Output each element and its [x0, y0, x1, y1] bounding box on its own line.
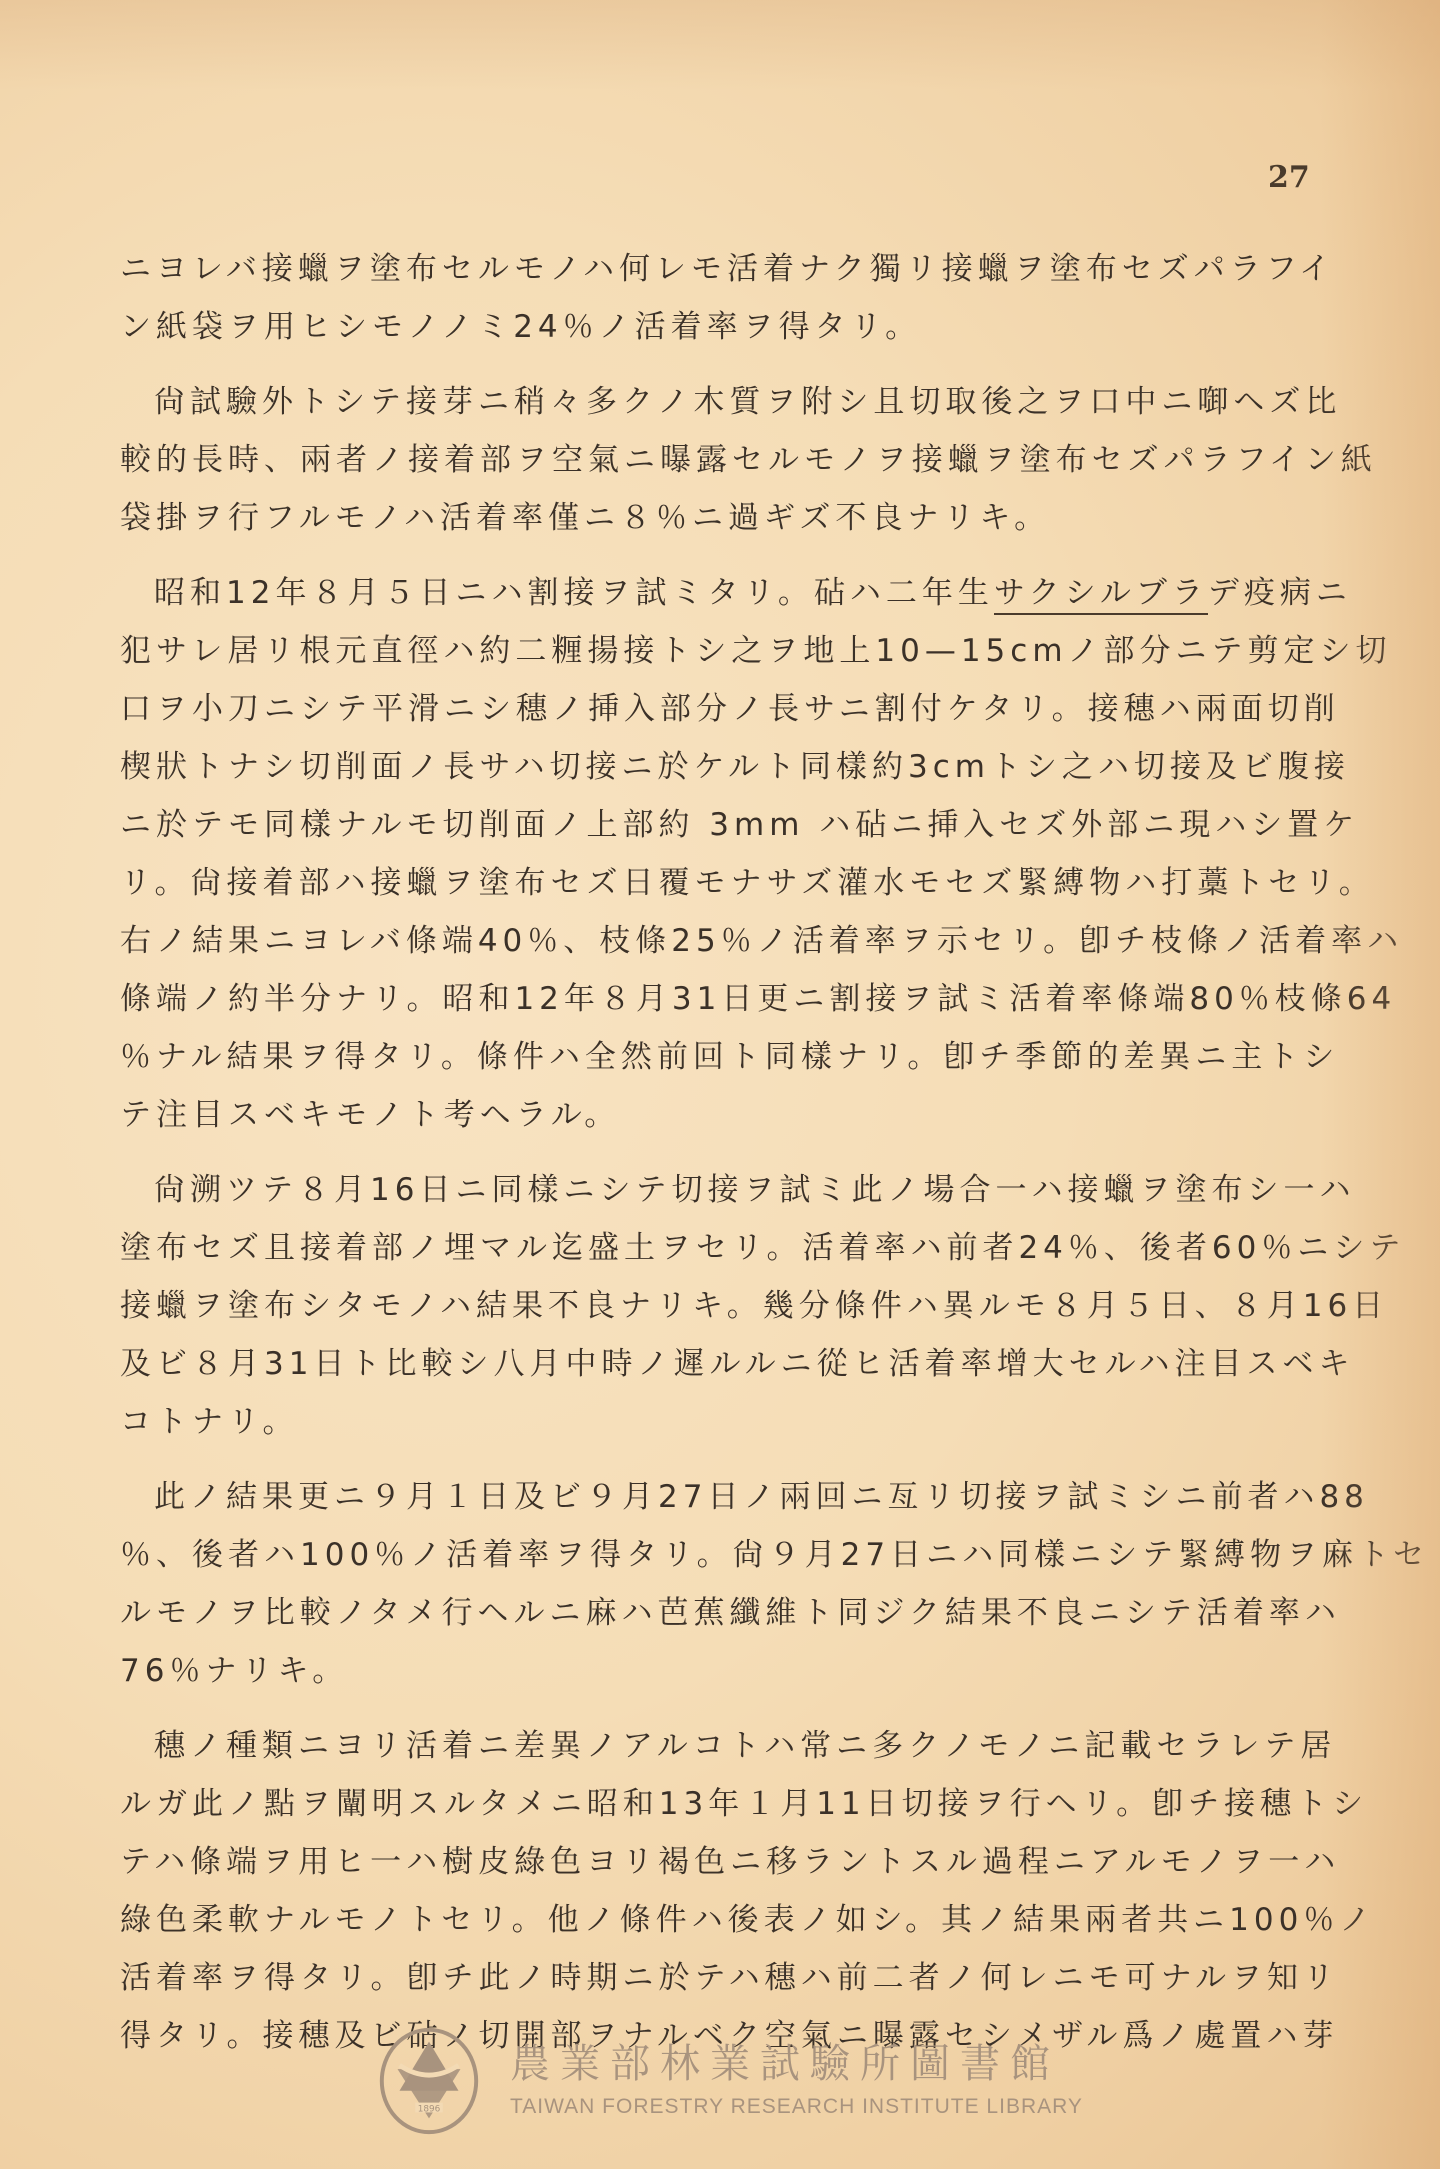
text-line: テ注目スベキモノト考ヘラル。: [120, 1086, 1300, 1144]
text-line: 條端ノ約半分ナリ。昭和12年８月31日更ニ割接ヲ試ミ活着率條端80％枝條64: [120, 970, 1300, 1028]
text-line: 尙試驗外トシテ接芽ニ稍々多クノ木質ヲ附シ且切取後之ヲ口中ニ啣ヘズ比: [120, 373, 1300, 431]
text-line: 76％ナリキ。: [120, 1642, 1300, 1700]
text-line: 袋掛ヲ行フルモノハ活着率僅ニ８％ニ過ギズ不良ナリキ。: [120, 489, 1300, 547]
paragraph: 此ノ結果更ニ９月１日及ビ９月27日ノ兩回ニ亙リ切接ヲ試ミシニ前者ハ88 ％、後者…: [120, 1468, 1300, 1700]
library-name-english: TAIWAN FORESTRY RESEARCH INSTITUTE LIBRA…: [510, 2095, 1083, 2119]
text-line: リ。尙接着部ハ接蠟ヲ塗布セズ日覆モナサズ灌水モセズ緊縛物ハ打藁トセリ。: [120, 854, 1300, 912]
text-line: ニ於テモ同樣ナルモ切削面ノ上部約 3mm ハ砧ニ挿入セズ外部ニ現ハシ置ケ: [120, 796, 1300, 854]
text-line: 穗ノ種類ニヨリ活着ニ差異ノアルコトハ常ニ多クノモノニ記載セラレテ居: [120, 1717, 1300, 1775]
text-line: 犯サレ居リ根元直徑ハ約二糎揚接トシ之ヲ地上10—15cmノ部分ニテ剪定シ切: [120, 622, 1300, 680]
text-line: ニヨレバ接蠟ヲ塗布セルモノハ何レモ活着ナク獨リ接蠟ヲ塗布セズパラフイ: [120, 240, 1300, 298]
page-number: 27: [1268, 160, 1310, 195]
text-line: 較的長時、兩者ノ接着部ヲ空氣ニ曝露セルモノヲ接蠟ヲ塗布セズパラフイン紙: [120, 431, 1300, 489]
text-line: ％、後者ハ100％ノ活着率ヲ得タリ。尙９月27日ニハ同樣ニシテ緊縛物ヲ麻トセ: [120, 1526, 1300, 1584]
text-line: 此ノ結果更ニ９月１日及ビ９月27日ノ兩回ニ亙リ切接ヲ試ミシニ前者ハ88: [120, 1468, 1300, 1526]
text-line: ン紙袋ヲ用ヒシモノノミ24％ノ活着率ヲ得タリ。: [120, 298, 1300, 356]
body-text: ニヨレバ接蠟ヲ塗布セルモノハ何レモ活着ナク獨リ接蠟ヲ塗布セズパラフイ ン紙袋ヲ用…: [120, 240, 1300, 2082]
text-line: 接蠟ヲ塗布シタモノハ結果不良ナリキ。幾分條件ハ異ルモ８月５日、８月16日: [120, 1277, 1300, 1335]
text-line: 昭和12年８月５日ニハ割接ヲ試ミタリ。砧ハ二年生サクシルブラデ疫病ニ: [120, 564, 1300, 622]
library-name: 農業部林業試驗所圖書館 TAIWAN FORESTRY RESEARCH INS…: [510, 2039, 1083, 2119]
library-watermark: 1896 農業部林業試驗所圖書館 TAIWAN FORESTRY RESEARC…: [370, 2020, 1083, 2138]
underlined-term: サクシルブラ: [994, 575, 1208, 615]
paragraph: ニヨレバ接蠟ヲ塗布セルモノハ何レモ活着ナク獨リ接蠟ヲ塗布セズパラフイ ン紙袋ヲ用…: [120, 240, 1300, 356]
text-line: 活着率ヲ得タリ。卽チ此ノ時期ニ於テハ穗ハ前二者ノ何レニモ可ナルヲ知リ: [120, 1949, 1300, 2007]
institute-seal-icon: 1896: [370, 2020, 488, 2138]
text-line: コトナリ。: [120, 1393, 1300, 1451]
text-line: ルガ此ノ點ヲ闡明スルタメニ昭和13年１月11日切接ヲ行ヘリ。卽チ接穗トシ: [120, 1775, 1300, 1833]
text-line: 塗布セズ且接着部ノ埋マル迄盛土ヲセリ。活着率ハ前者24％、後者60％ニシテ: [120, 1219, 1300, 1277]
paragraph: 尙溯ツテ８月16日ニ同樣ニシテ切接ヲ試ミ此ノ場合一ハ接蠟ヲ塗布シ一ハ 塗布セズ且…: [120, 1161, 1300, 1451]
text-line: ％ナル結果ヲ得タリ。條件ハ全然前回ト同樣ナリ。卽チ季節的差異ニ主トシ: [120, 1028, 1300, 1086]
text-line: 綠色柔軟ナルモノトセリ。他ノ條件ハ後表ノ如シ。其ノ結果兩者共ニ100％ノ: [120, 1891, 1300, 1949]
paragraph: 昭和12年８月５日ニハ割接ヲ試ミタリ。砧ハ二年生サクシルブラデ疫病ニ 犯サレ居リ…: [120, 564, 1300, 1144]
text-line: 尙溯ツテ８月16日ニ同樣ニシテ切接ヲ試ミ此ノ場合一ハ接蠟ヲ塗布シ一ハ: [120, 1161, 1300, 1219]
text-line: 及ビ８月31日ト比較シ八月中時ノ遲ルルニ從ヒ活着率增大セルハ注目スベキ: [120, 1335, 1300, 1393]
text-line: ルモノヲ比較ノタメ行ヘルニ麻ハ芭蕉纖維ト同ジク結果不良ニシテ活着率ハ: [120, 1584, 1300, 1642]
document-page: 27 ニヨレバ接蠟ヲ塗布セルモノハ何レモ活着ナク獨リ接蠟ヲ塗布セズパラフイ ン紙…: [0, 0, 1440, 2169]
library-name-chinese: 農業部林業試驗所圖書館: [510, 2039, 1083, 2089]
paragraph: 尙試驗外トシテ接芽ニ稍々多クノ木質ヲ附シ且切取後之ヲ口中ニ啣ヘズ比 較的長時、兩…: [120, 373, 1300, 547]
text-line: 口ヲ小刀ニシテ平滑ニシ穗ノ挿入部分ノ長サニ割付ケタリ。接穗ハ兩面切削: [120, 680, 1300, 738]
svg-text:1896: 1896: [418, 2104, 441, 2114]
text-line: テハ條端ヲ用ヒ一ハ樹皮綠色ヨリ褐色ニ移ラントスル過程ニアルモノヲ一ハ: [120, 1833, 1300, 1891]
paragraph: 穗ノ種類ニヨリ活着ニ差異ノアルコトハ常ニ多クノモノニ記載セラレテ居 ルガ此ノ點ヲ…: [120, 1717, 1300, 2065]
text-line: 右ノ結果ニヨレバ條端40％、枝條25％ノ活着率ヲ示セリ。卽チ枝條ノ活着率ハ: [120, 912, 1300, 970]
text-line: 楔狀トナシ切削面ノ長サハ切接ニ於ケルト同樣約3cmトシ之ハ切接及ビ腹接: [120, 738, 1300, 796]
